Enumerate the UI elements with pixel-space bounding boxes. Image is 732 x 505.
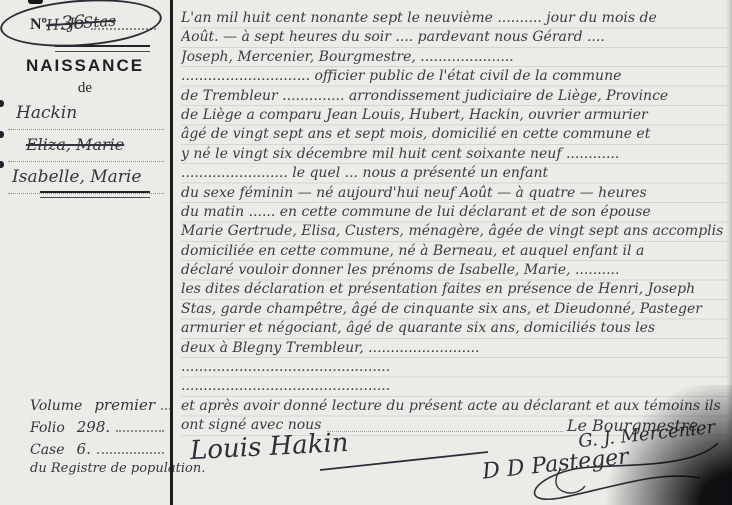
register-caption: du Registre de population. (30, 461, 166, 476)
struck-signature-text: H. J. Stas (45, 12, 116, 35)
act-body-text: L'an mil huit cent nonante sept le neuvi… (181, 9, 728, 436)
document-scan: Nº 36 NAISSANCE de Hackin Eliza, Marie I… (0, 0, 732, 505)
naissance-subtitle: de (0, 80, 170, 97)
dotted-rule (116, 430, 164, 432)
surname-entry: Hackin (8, 99, 164, 130)
margin-names: Hackin Eliza, Marie Isabelle, Marie (8, 99, 164, 194)
body-line: Août. — à sept heures du soir .... parde… (181, 28, 728, 47)
dotted-rule (327, 431, 562, 432)
body-line: du sexe féminin — né aujourd'hui neuf Ao… (181, 184, 728, 203)
body-line: de Liège a comparu Jean Louis, Hubert, H… (181, 106, 728, 125)
body-line: Stas, garde champêtre, âgé de cinquante … (181, 300, 728, 319)
margin-column: Nº 36 NAISSANCE de Hackin Eliza, Marie I… (0, 0, 170, 505)
body-line: âgé de vingt sept ans et sept mois, domi… (181, 125, 728, 144)
dotted-rule (97, 452, 164, 454)
scan-corner-shadow (602, 385, 732, 505)
body-line: L'an mil huit cent nonante sept le neuvi… (181, 9, 728, 28)
volume-label: Volume (30, 398, 82, 414)
body-line: Joseph, Mercenier, Bourgmestre, ........… (181, 48, 728, 67)
body-line: domiciliée en cette commune, né à Bernea… (181, 242, 728, 261)
volume-row: Volume premier (30, 392, 166, 414)
register-reference: Volume premier Folio 298. Case 6. du Reg… (30, 392, 166, 476)
body-line: de Trembleur .............. arrondisseme… (181, 87, 728, 106)
body-line: ............................. officier p… (181, 67, 728, 86)
naissance-title: NAISSANCE (0, 56, 170, 76)
body-line: ........................................… (181, 358, 728, 377)
body-line: du matin ...... en cette commune de lui … (181, 203, 728, 222)
volume-value: premier (94, 396, 155, 414)
body-line: déclaré vouloir donner les prénoms de Is… (181, 261, 728, 280)
struck-name-entry: Eliza, Marie (8, 130, 164, 162)
case-row: Case 6. (30, 436, 166, 458)
body-line: Marie Gertrude, Elisa, Custers, ménagère… (181, 222, 728, 241)
folio-value: 298. (77, 418, 110, 436)
case-label: Case (30, 442, 65, 458)
body-line: y né le vingt six décembre mil huit cent… (181, 145, 728, 164)
body-line: armurier et négociant, âgé de quarante s… (181, 319, 728, 338)
folio-label: Folio (30, 420, 65, 436)
body-line: ........................ le quel ... nou… (181, 164, 728, 183)
margin-divider-rule (40, 191, 150, 198)
column-divider (170, 0, 173, 505)
given-names-entry: Isabelle, Marie (8, 162, 164, 194)
case-value: 6. (77, 440, 91, 458)
body-line: les dites déclaration et présentation fa… (181, 280, 728, 299)
body-line: deux à Blegny Trembleur, ...............… (181, 339, 728, 358)
folio-row: Folio 298. (30, 414, 166, 436)
